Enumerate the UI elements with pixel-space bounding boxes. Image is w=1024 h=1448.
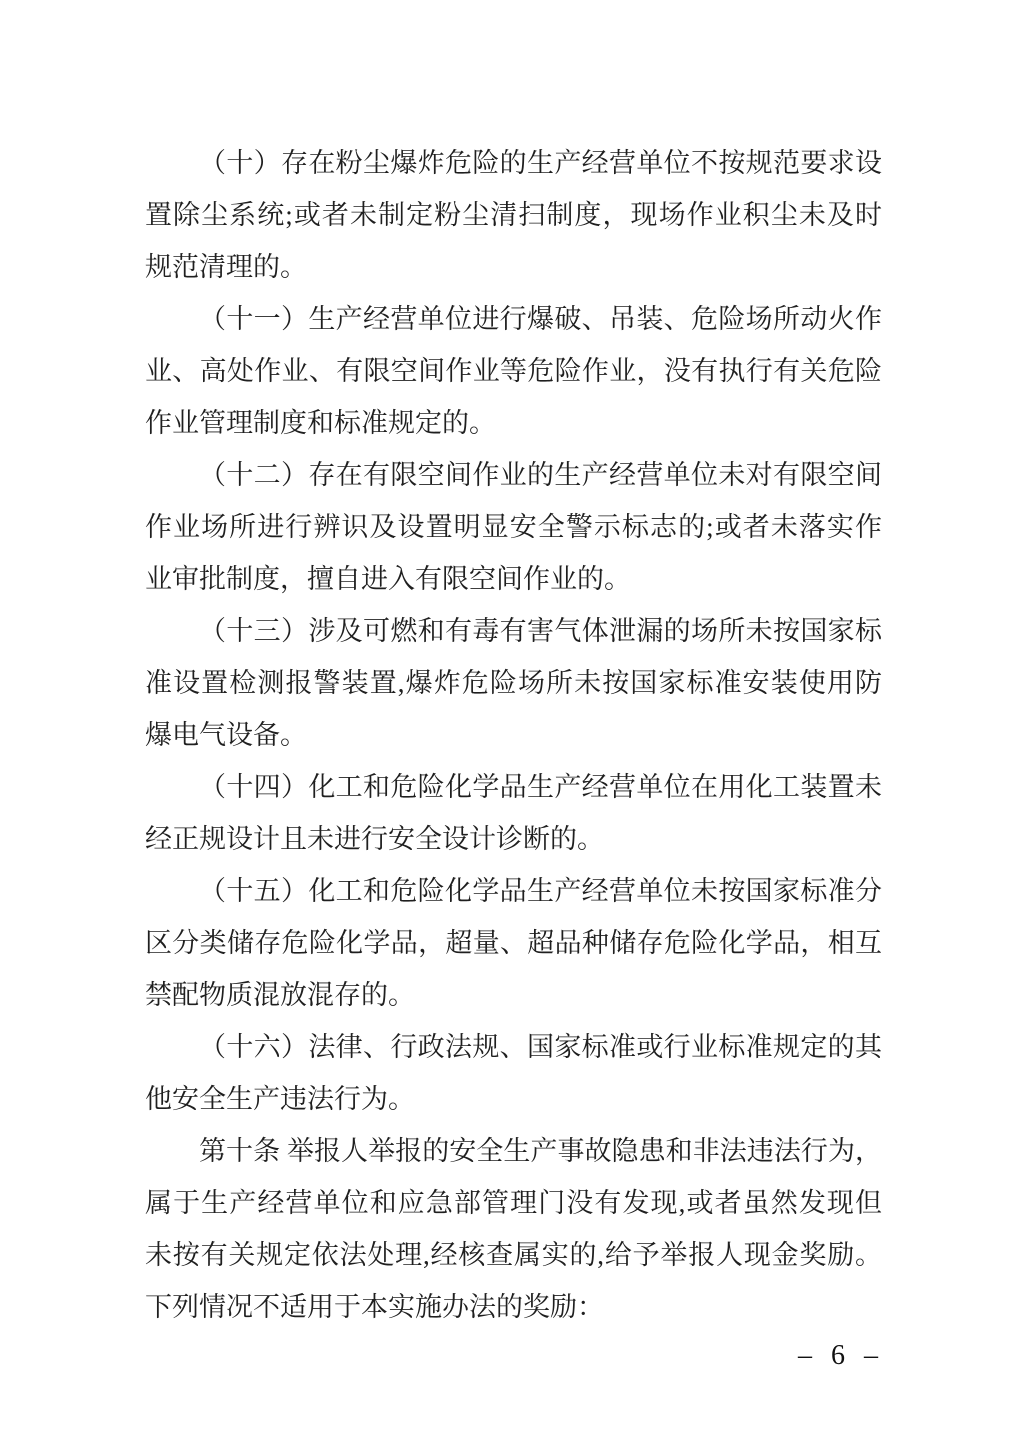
clause-10: （十）存在粉尘爆炸危险的生产经营单位不按规范要求设 置除尘系统;或者未制定粉尘清…: [145, 137, 882, 293]
text-line: 属于生产经营单位和应急部管理门没有发现,或者虽然发现但: [145, 1177, 882, 1229]
text-line: （十一）生产经营单位进行爆破、吊装、危险场所动火作: [145, 293, 882, 345]
text-line: （十六）法律、行政法规、国家标准或行业标准规定的其: [145, 1021, 882, 1073]
text-line: （十五）化工和危险化学品生产经营单位未按国家标准分: [145, 865, 882, 917]
text-line: 准设置检测报警装置,爆炸危险场所未按国家标准安装使用防: [145, 657, 882, 709]
clause-16: （十六）法律、行政法规、国家标准或行业标准规定的其 他安全生产违法行为。: [145, 1021, 882, 1125]
text-line: （十三）涉及可燃和有毒有害气体泄漏的场所未按国家标: [145, 605, 882, 657]
text-line: 置除尘系统;或者未制定粉尘清扫制度，现场作业积尘未及时: [145, 189, 882, 241]
document-page: （十）存在粉尘爆炸危险的生产经营单位不按规范要求设 置除尘系统;或者未制定粉尘清…: [0, 0, 1024, 1448]
clause-13: （十三）涉及可燃和有毒有害气体泄漏的场所未按国家标 准设置检测报警装置,爆炸危险…: [145, 605, 882, 761]
clause-12: （十二）存在有限空间作业的生产经营单位未对有限空间 作业场所进行辨识及设置明显安…: [145, 449, 882, 605]
text-line: （十四）化工和危险化学品生产经营单位在用化工装置未: [145, 761, 882, 813]
text-line: 区分类储存危险化学品，超量、超品种储存危险化学品，相互: [145, 917, 882, 969]
clause-15: （十五）化工和危险化学品生产经营单位未按国家标准分 区分类储存危险化学品，超量、…: [145, 865, 882, 1021]
page-number: – 6 –: [798, 1336, 884, 1376]
article-10: 第十条 举报人举报的安全生产事故隐患和非法违法行为， 属于生产经营单位和应急部管…: [145, 1125, 882, 1333]
document-text-block: （十）存在粉尘爆炸危险的生产经营单位不按规范要求设 置除尘系统;或者未制定粉尘清…: [145, 137, 882, 1333]
text-line: 业审批制度，擅自进入有限空间作业的。: [145, 553, 882, 605]
text-line: 作业场所进行辨识及设置明显安全警示标志的;或者未落实作: [145, 501, 882, 553]
text-line: 爆电气设备。: [145, 709, 882, 761]
clause-11: （十一）生产经营单位进行爆破、吊装、危险场所动火作 业、高处作业、有限空间作业等…: [145, 293, 882, 449]
text-line: 禁配物质混放混存的。: [145, 969, 882, 1021]
text-line: 作业管理制度和标准规定的。: [145, 397, 882, 449]
text-line: （十）存在粉尘爆炸危险的生产经营单位不按规范要求设: [145, 137, 882, 189]
text-line: 第十条 举报人举报的安全生产事故隐患和非法违法行为，: [145, 1125, 882, 1177]
text-line: 下列情况不适用于本实施办法的奖励：: [145, 1281, 882, 1333]
text-line: 规范清理的。: [145, 241, 882, 293]
text-line: 经正规设计且未进行安全设计诊断的。: [145, 813, 882, 865]
text-line: 未按有关规定依法处理,经核查属实的,给予举报人现金奖励。: [145, 1229, 882, 1281]
clause-14: （十四）化工和危险化学品生产经营单位在用化工装置未 经正规设计且未进行安全设计诊…: [145, 761, 882, 865]
text-line: 业、高处作业、有限空间作业等危险作业，没有执行有关危险: [145, 345, 882, 397]
text-line: （十二）存在有限空间作业的生产经营单位未对有限空间: [145, 449, 882, 501]
text-line: 他安全生产违法行为。: [145, 1073, 882, 1125]
